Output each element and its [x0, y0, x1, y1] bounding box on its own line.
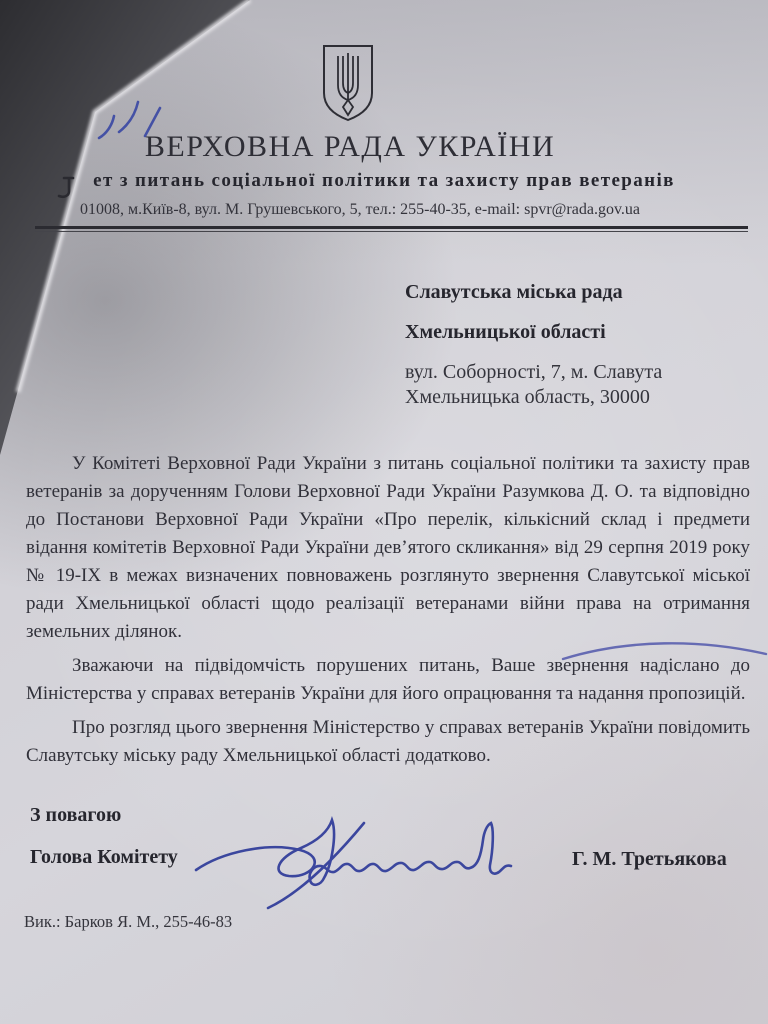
- signer-title: Голова Комітету: [30, 846, 178, 869]
- ukraine-trident-icon: [317, 43, 379, 125]
- recipient-region: Хмельницької області: [405, 321, 750, 344]
- paragraph-1: У Комітеті Верховної Ради України з пита…: [26, 450, 750, 646]
- recipient-block: Славутська міська рада Хмельницької обла…: [405, 281, 750, 409]
- document-photo: ВЕРХОВНА РАДА УКРАЇНИ ет з питань соціал…: [0, 0, 768, 1024]
- letter-body: У Комітеті Верховної Ради України з пита…: [26, 450, 750, 776]
- org-name: ВЕРХОВНА РАДА УКРАЇНИ: [130, 130, 570, 164]
- letterhead-divider: [35, 226, 748, 229]
- paragraph-2: Зважаючи на підвідомчість порушених пита…: [26, 652, 750, 708]
- recipient-street: вул. Соборності, 7, м. Славута: [405, 361, 750, 384]
- paragraph-3: Про розгляд цього звернення Міністерство…: [26, 714, 750, 770]
- folded-corner: [0, 0, 300, 480]
- recipient-postal: Хмельницька область, 30000: [405, 386, 750, 409]
- contact-line: 01008, м.Київ-8, вул. М. Грушевського, 5…: [60, 201, 660, 219]
- recipient-name: Славутська міська рада: [405, 281, 750, 304]
- closing-salutation: З повагою: [30, 804, 121, 827]
- signer-name: Г. М. Третьякова: [572, 848, 727, 871]
- blue-ink-signature-icon: [182, 808, 552, 913]
- committee-line: ет з питань соціальної політики та захис…: [38, 170, 730, 192]
- executor-line: Вик.: Барков Я. М., 255-46-83: [24, 912, 232, 932]
- letterhead-divider-thin: [35, 231, 748, 232]
